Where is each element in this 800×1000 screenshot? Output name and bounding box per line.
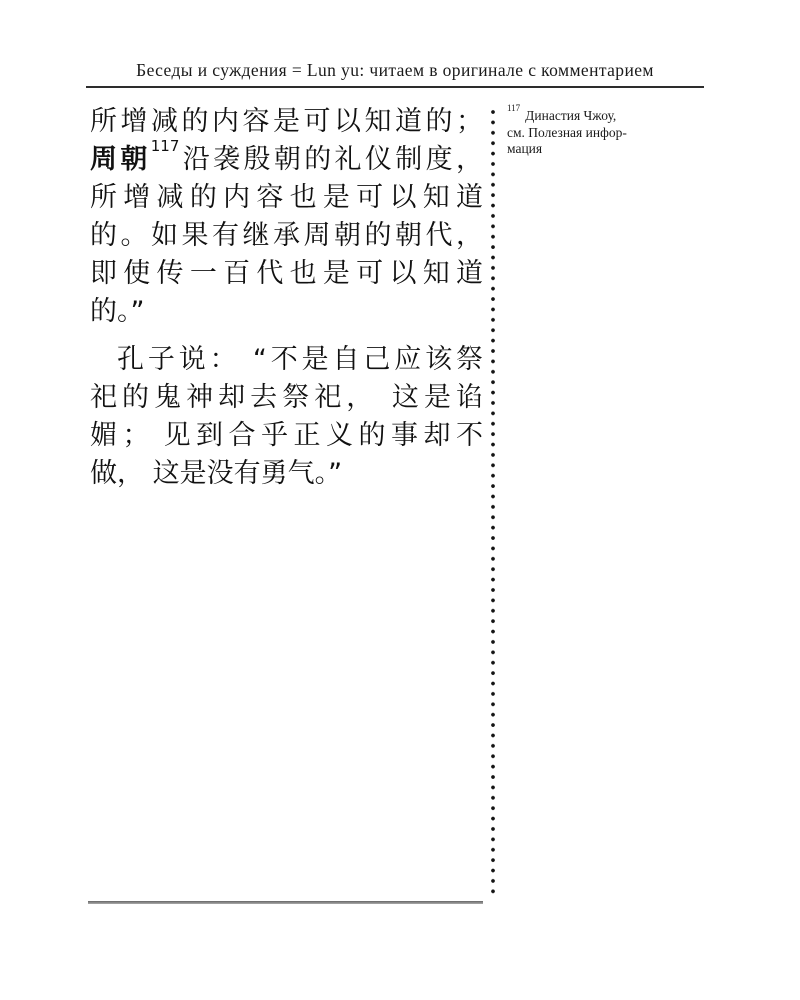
footer-rule — [88, 901, 483, 904]
text-line: 的。” — [90, 293, 483, 331]
dotted-divider — [490, 108, 496, 896]
margin-note-line: 117Династия Чжоу, — [507, 108, 672, 125]
header-rule — [86, 86, 704, 88]
text-line: 的。如果有继承周朝的朝代， — [90, 217, 483, 255]
text-line: 所增减的内容也是可以知道 — [90, 179, 483, 217]
text-line: 做， 这是没有勇气。” — [90, 455, 483, 493]
margin-footnote: 117Династия Чжоу, см. Полезная инфор- ма… — [507, 108, 672, 158]
margin-note-line: см. Полезная инфор- — [507, 125, 672, 142]
text-run: 沿袭殷朝的礼仪制度， — [179, 144, 483, 175]
text-line: 即使传一百代也是可以知道 — [90, 255, 483, 293]
text-line: 所增减的内容是可以知道的； — [90, 103, 483, 141]
footnote-number: 117 — [507, 103, 520, 113]
text-line: 祀的鬼神却去祭祀， 这是谄 — [90, 379, 483, 417]
margin-note-text: Династия Чжоу, — [525, 108, 616, 123]
text-line: 周朝117沿袭殷朝的礼仪制度， — [90, 141, 483, 179]
text-line: 孔子说： “不是自己应该祭 — [90, 341, 483, 379]
footnote-ref-117: 117 — [151, 137, 180, 155]
paragraph-2: 孔子说： “不是自己应该祭 祀的鬼神却去祭祀， 这是谄 媚； 见到合乎正义的事却… — [90, 341, 483, 493]
margin-note-line: мация — [507, 141, 672, 158]
bold-term-zhou-dynasty: 周朝 — [90, 144, 151, 175]
text-line: 媚； 见到合乎正义的事却不 — [90, 417, 483, 455]
book-page: Беседы и суждения = Lun yu: читаем в ори… — [0, 0, 800, 1000]
running-head-title: Беседы и суждения = Lun yu: читаем в ори… — [86, 58, 704, 82]
paragraph-1: 所增减的内容是可以知道的； 周朝117沿袭殷朝的礼仪制度， 所增减的内容也是可以… — [90, 103, 483, 331]
main-text-column: 所增减的内容是可以知道的； 周朝117沿袭殷朝的礼仪制度， 所增减的内容也是可以… — [90, 103, 483, 493]
